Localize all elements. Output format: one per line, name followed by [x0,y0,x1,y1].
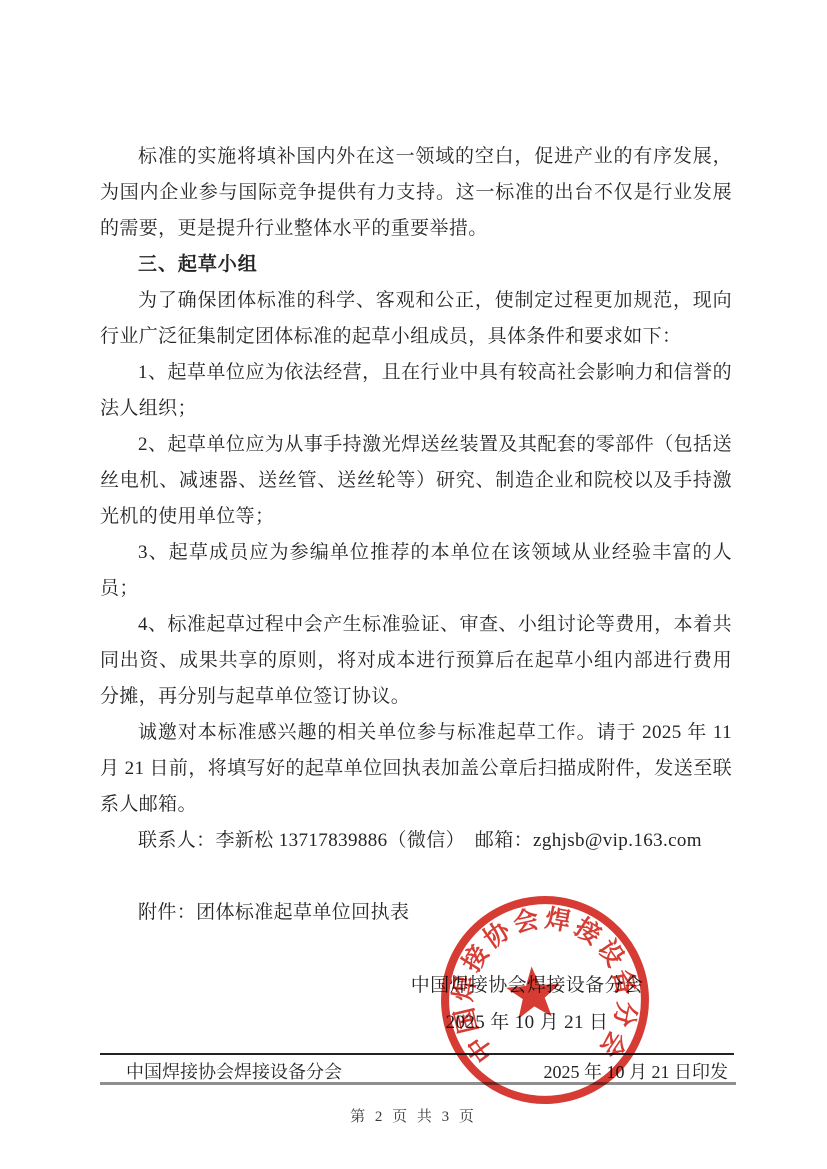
footer-issuer: 中国焊接协会焊接设备分会 [100,1058,342,1084]
requirement-item-3: 3、起草成员应为参编单位推荐的本单位在该领域从业经验丰富的人员； [100,535,732,607]
requirement-item-4: 4、标准起草过程中会产生标准验证、审查、小组讨论等费用，本着共同出资、成果共享的… [100,607,732,715]
document-page: 标准的实施将填补国内外在这一领域的空白，促进产业的有序发展，为国内企业参与国际竞… [0,0,827,1169]
requirement-item-1: 1、起草单位应为依法经营，且在行业中具有较高社会影响力和信誉的法人组织； [100,355,732,427]
requirement-item-2: 2、起草单位应为从事手持激光焊送丝装置及其配套的零部件（包括送丝电机、减速器、送… [100,427,732,535]
official-seal-stamp: 中国焊接协会焊接设备分会 [431,886,659,1114]
page-number: 第 2 页 共 3 页 [0,1105,827,1126]
paragraph-recruitment-purpose: 为了确保团体标准的科学、客观和公正，使制定过程更加规范，现向行业广泛征集制定团体… [100,283,732,355]
section-heading-drafting-group: 三、起草小组 [100,247,732,283]
star-icon [505,965,562,1020]
paragraph-standard-impact: 标准的实施将填补国内外在这一领域的空白，促进产业的有序发展，为国内企业参与国际竞… [100,139,732,247]
paragraph-invitation: 诚邀对本标准感兴趣的相关单位参与标准起草工作。请于 2025 年 11 月 21… [100,715,732,823]
contact-line: 联系人：李新松 13717839886（微信） 邮箱：zghjsb@vip.16… [100,823,732,859]
